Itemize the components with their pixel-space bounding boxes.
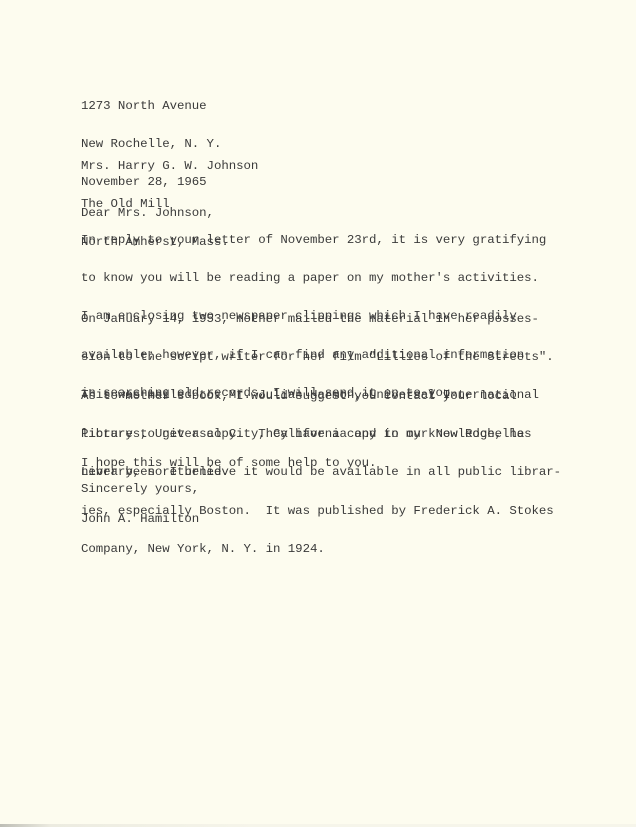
paragraph-line: As to mother's book, I would suggest you…	[81, 390, 561, 403]
paragraph-line: On January 14, 1953, mother mailed the m…	[81, 313, 554, 326]
paragraph-line: In reply to your letter of November 23rd…	[81, 234, 546, 247]
paragraph-line: to know you will be reading a paper on m…	[81, 272, 546, 285]
paragraph-line: sion to the script writer for her film "…	[81, 351, 554, 364]
sender-street: 1273 North Avenue	[81, 100, 221, 113]
signature-name: John A. Hamilton	[81, 513, 199, 526]
recipient-name: Mrs. Harry G. W. Johnson	[81, 160, 258, 173]
signature: John A. Hamilton	[81, 487, 199, 551]
letter-page: 1273 North Avenue New Rochelle, N. Y. No…	[0, 0, 636, 827]
